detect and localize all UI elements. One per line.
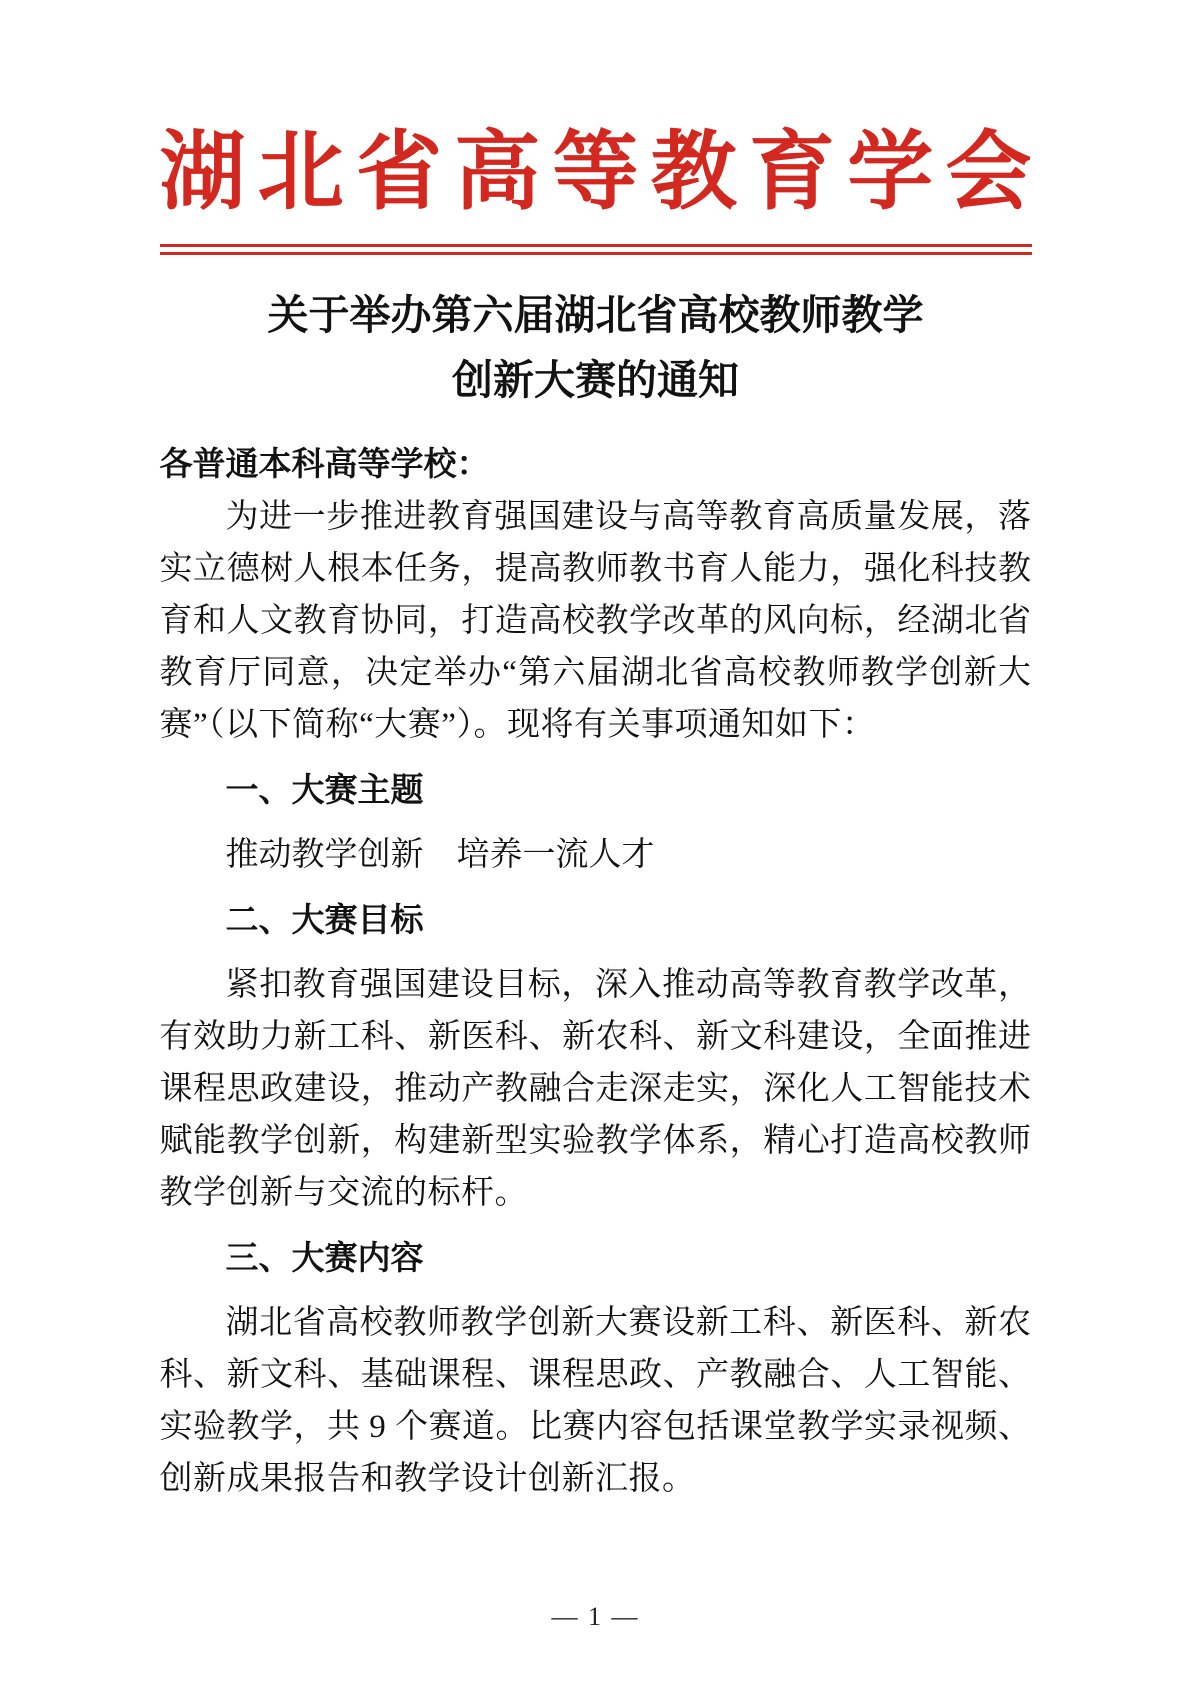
section-goals: 二、大赛目标 紧扣教育强国建设目标，深入推动高等教育教学改革，有效助力新工科、新… [160, 894, 1032, 1219]
letterhead-org-name: 湖北省高等教育学会 [160, 116, 1032, 228]
section-body-2: 紧扣教育强国建设目标，深入推动高等教育教学改革，有效助力新工科、新医科、新农科、… [160, 959, 1032, 1219]
section-body-1: 推动教学创新 培养一流人才 [160, 829, 1032, 881]
letterhead-double-rule [160, 244, 1032, 255]
document-content: 湖北省高等教育学会 关于举办第六届湖北省高校教师教学 创新大赛的通知 各普通本科… [160, 116, 1032, 1505]
section-content: 三、大赛内容 湖北省高校教师教学创新大赛设新工科、新医科、新农科、新文科、基础课… [160, 1232, 1032, 1505]
document-title-line2: 创新大赛的通知 [160, 348, 1032, 413]
section-heading-2: 二、大赛目标 [160, 894, 1032, 946]
intro-paragraph: 为进一步推进教育强国建设与高等教育高质量发展，落实立德树人根本任务，提高教师教书… [160, 491, 1032, 751]
section-heading-1: 一、大赛主题 [160, 764, 1032, 816]
section-body-3: 湖北省高校教师教学创新大赛设新工科、新医科、新农科、新文科、基础课程、课程思政、… [160, 1297, 1032, 1505]
page-number: — 1 — [0, 1602, 1191, 1632]
document-title: 关于举办第六届湖北省高校教师教学 创新大赛的通知 [160, 283, 1032, 413]
document-page: { "page": { "letterhead": "湖北省高等教育学会", "… [0, 0, 1191, 1684]
document-title-line1: 关于举办第六届湖北省高校教师教学 [160, 283, 1032, 348]
salutation: 各普通本科高等学校： [160, 439, 1032, 491]
section-heading-3: 三、大赛内容 [160, 1232, 1032, 1284]
section-theme: 一、大赛主题 推动教学创新 培养一流人才 [160, 764, 1032, 881]
